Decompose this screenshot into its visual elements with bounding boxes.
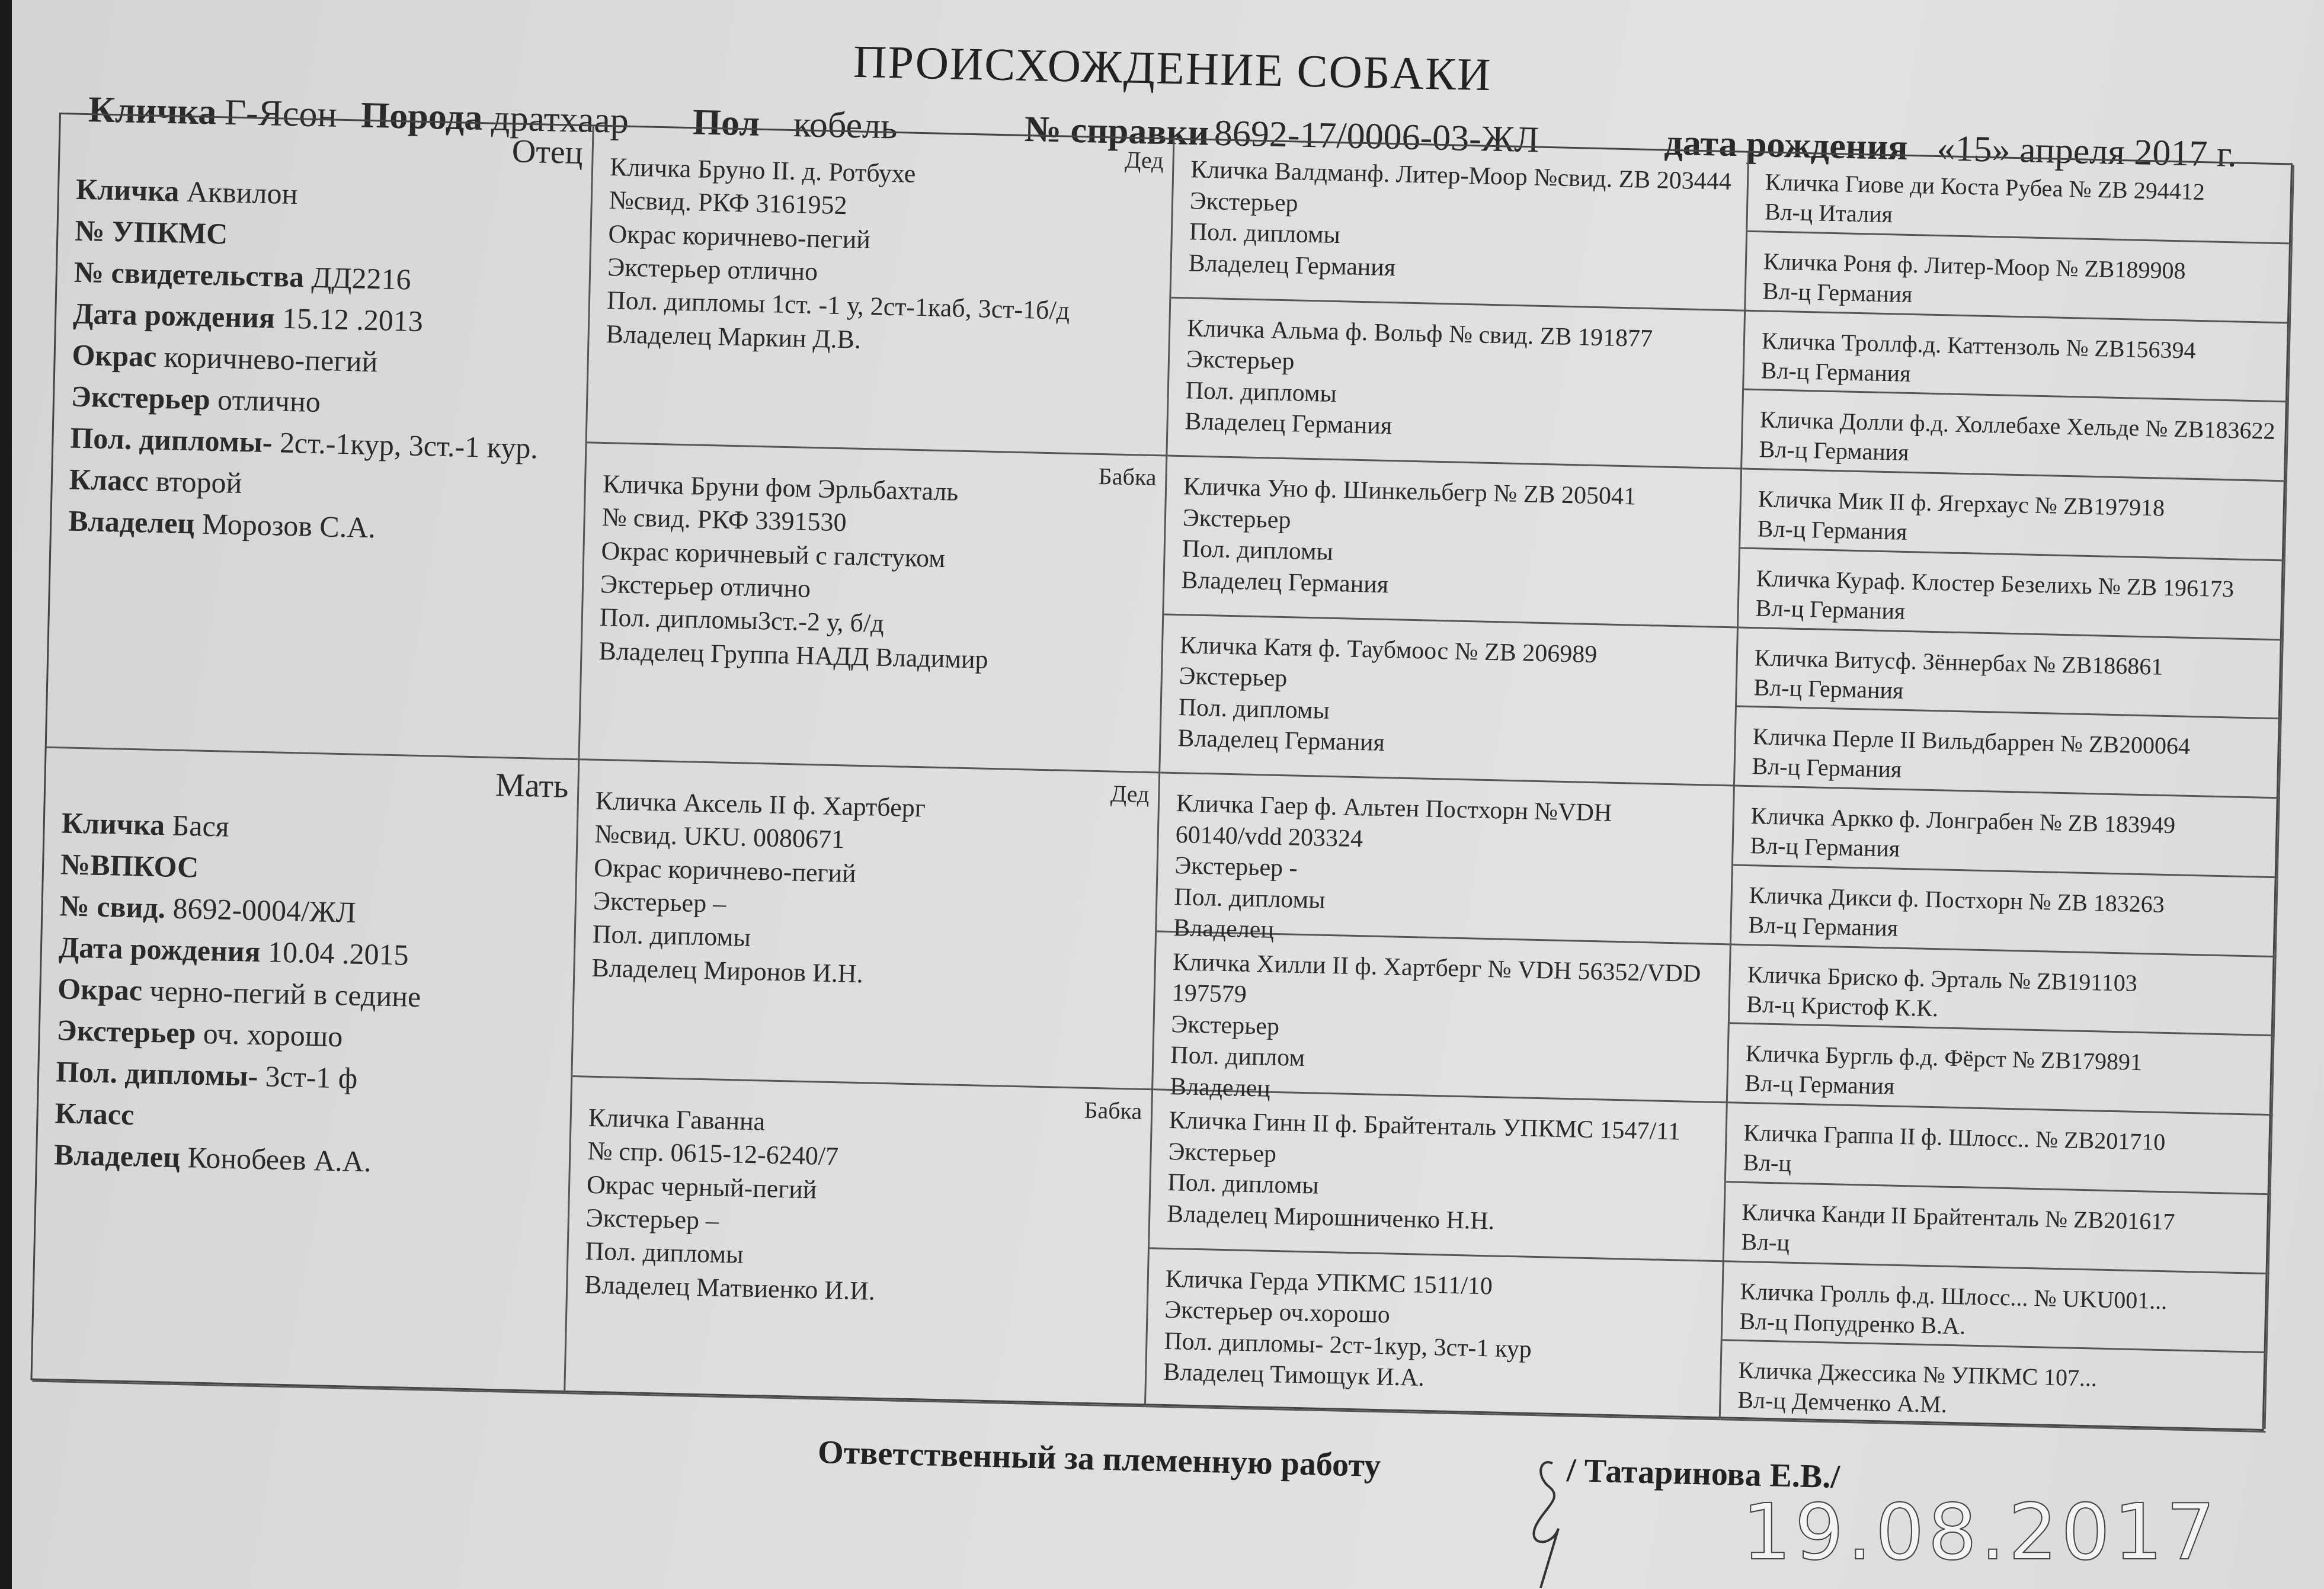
- pedigree-document: ПРОИСХОЖДЕНИЕ СОБАКИ Кличка Г-Ясон Пород…: [12, 0, 2324, 1589]
- field-label: № свидетельства: [73, 255, 312, 294]
- grandparent-cell: ДедКличка Бруно II. д. Ротбухе№свид. РКФ…: [587, 126, 1175, 456]
- field-value: 10.04 .2015: [268, 935, 409, 971]
- field-label: Дата рождения: [73, 297, 283, 335]
- great-great-grandparent-cell: Кличка Джессика № УПКМС 107...Вл-ц Демче…: [1721, 1341, 2268, 1433]
- great-great-grandparent-cell: Кличка Дикси ф. Постхорн № ZB 183263Вл-ц…: [1731, 866, 2278, 957]
- relation-label: Дед: [1110, 779, 1150, 810]
- field-label: Пол. дипломы-: [70, 421, 280, 459]
- relation-label: Бабка: [1084, 1095, 1142, 1126]
- grandparent-cell: БабкаКличка Бруни фом Эрльбахталь№ свид.…: [580, 443, 1167, 773]
- pedigree-table: ОтецКличка Аквилон№ УПКМС № свидетельств…: [30, 113, 2293, 1431]
- field-label: Экстерьер: [56, 1013, 203, 1050]
- signature-icon: [1517, 1457, 1624, 1588]
- field-value: Аквилон: [186, 175, 298, 210]
- field-label: Кличка: [75, 172, 187, 208]
- field-value: черно-пегий в седине: [149, 974, 421, 1013]
- field-label: № УПКМС: [75, 214, 228, 251]
- relation-label: Дед: [1125, 145, 1164, 176]
- great-grandparent-cell: Кличка Гаер ф. Альтен Постхорн №VDH 6014…: [1157, 773, 1735, 944]
- field-value: коричнево-пегий: [164, 340, 378, 378]
- great-great-grandparent-cell: Кличка Бриско ф. Эрталь № ZB191103Вл-ц К…: [1730, 945, 2277, 1037]
- great-great-grandparent-cell: Кличка Долли ф.д. Холлебахе Хельде № ZB1…: [1742, 390, 2289, 482]
- date-stamp: 19.08.2017: [1742, 1487, 2219, 1577]
- great-great-grandparent-cell: Кличка Мик II ф. Ягерхаус № ZB197918Вл-ц…: [1740, 470, 2287, 562]
- great-great-grandparent-cell: Кличка Троллф.д. Каттензоль № ZB156394Вл…: [1744, 311, 2291, 403]
- field-value: отлично: [217, 383, 321, 418]
- great-grandparent-cell: Кличка Герда УПКМС 1511/10Экстерьер оч.х…: [1146, 1249, 1724, 1420]
- great-great-grandparent-cell: Кличка Перле II Вильдбаррен № ZB200064Вл…: [1735, 707, 2282, 799]
- field-label: Окрас: [72, 338, 164, 374]
- document-title: ПРОИСХОЖДЕНИЕ СОБАКИ: [853, 35, 1492, 102]
- responsible-label: Ответственный за племенную работу: [818, 1434, 1381, 1484]
- relation-label: Бабка: [1098, 461, 1157, 492]
- grandparent-cell: БабкаКличка Гаванна№ спр. 0615-12-6240/7…: [565, 1077, 1153, 1407]
- dam-cell: МатьКличка Бася№ВПКОС № свид. 8692-0004/…: [32, 748, 580, 1394]
- great-grandparent-cell: Кличка Гинн II ф. Брайтенталь УПКМС 1547…: [1150, 1090, 1728, 1261]
- great-grandparent-cell: Кличка Валдманф. Литер-Моор №свид. ZB 20…: [1171, 140, 1749, 311]
- pedigree-line: Кличка Хилли II ф. Хартберг № VDH 56352/…: [1171, 947, 1719, 1021]
- great-grandparent-cell: Кличка Катя ф. Таубмоос № ZB 206989Эксте…: [1160, 615, 1739, 786]
- great-great-grandparent-cell: Кличка Кураф. Клостер Безелихь № ZB 1961…: [1739, 549, 2285, 640]
- relation-label: Мать: [495, 764, 569, 808]
- field-value: Морозов С.А.: [201, 507, 376, 544]
- field-value: Конобеев А.А.: [187, 1141, 372, 1178]
- grandparent-cell: ДедКличка Аксель II ф. Хартберг№свид. UK…: [572, 760, 1160, 1090]
- field-label: Дата рождения: [58, 930, 268, 968]
- field-label: Пол. дипломы-: [56, 1055, 266, 1093]
- great-great-grandparent-cell: Кличка Гиове ди Коста Рубеа № ZB 294412В…: [1747, 153, 2294, 245]
- great-great-grandparent-cell: Кличка Роня ф. Литер-Моор № ZB189908Вл-ц…: [1746, 232, 2293, 323]
- field-label: Класс: [69, 463, 156, 498]
- great-great-grandparent-cell: Кличка Бургль ф.д. Фёрст № ZB179891Вл-ц …: [1728, 1024, 2275, 1116]
- field-value: 2ст.-1кур, 3ст.-1 кур.: [279, 426, 538, 465]
- great-grandparent-cell: Кличка Хилли II ф. Хартберг № VDH 56352/…: [1153, 932, 1731, 1103]
- field-label: Кличка: [61, 806, 172, 841]
- field-label: № свид.: [59, 889, 173, 924]
- great-great-grandparent-cell: Кличка Гролль ф.д. Шлосс... № UKU001...В…: [1723, 1262, 2269, 1354]
- great-great-grandparent-cell: Кличка Аркко ф. Лонграбен № ZB 183949Вл-…: [1733, 786, 2280, 878]
- signature-line: Ответственный за племенную работу / Тата…: [817, 1433, 1840, 1496]
- field-label: Владелец: [53, 1138, 188, 1174]
- great-great-grandparent-cell: Кличка Канди II Брайтенталь № ZB201617Вл…: [1724, 1183, 2271, 1274]
- field-value: 3ст-1 ф: [265, 1059, 358, 1095]
- field-value: второй: [156, 464, 243, 499]
- sire-cell: ОтецКличка Аквилон№ УПКМС № свидетельств…: [47, 114, 594, 760]
- field-label: Окрас: [57, 972, 150, 1007]
- field-value: 8692-0004/ЖЛ: [172, 892, 356, 929]
- great-great-grandparent-cell: Кличка Витусф. Зённербах № ZB186861Вл-ц …: [1737, 628, 2284, 720]
- great-grandparent-cell: Кличка Альма ф. Вольф № свид. ZB 191877Э…: [1167, 298, 1746, 469]
- field-label: №ВПКОС: [60, 847, 199, 883]
- field-label: Экстерьер: [71, 380, 218, 417]
- field-value: 15.12 .2013: [282, 302, 424, 338]
- great-grandparent-cell: Кличка Уно ф. Шинкельбегр № ZB 205041Экс…: [1164, 457, 1742, 628]
- pedigree-line: Кличка Гаер ф. Альтен Постхорн №VDH 6014…: [1175, 788, 1723, 863]
- relation-label: Отец: [511, 130, 583, 174]
- field-value: Бася: [172, 809, 229, 843]
- field-value: оч. хорошо: [203, 1017, 343, 1053]
- field-value: ДД2216: [311, 261, 411, 296]
- field-label: Класс: [55, 1096, 135, 1131]
- great-great-grandparent-cell: Кличка Граппа II ф. Шлосс.. № ZB201710Вл…: [1726, 1103, 2273, 1195]
- field-label: Владелец: [68, 504, 203, 540]
